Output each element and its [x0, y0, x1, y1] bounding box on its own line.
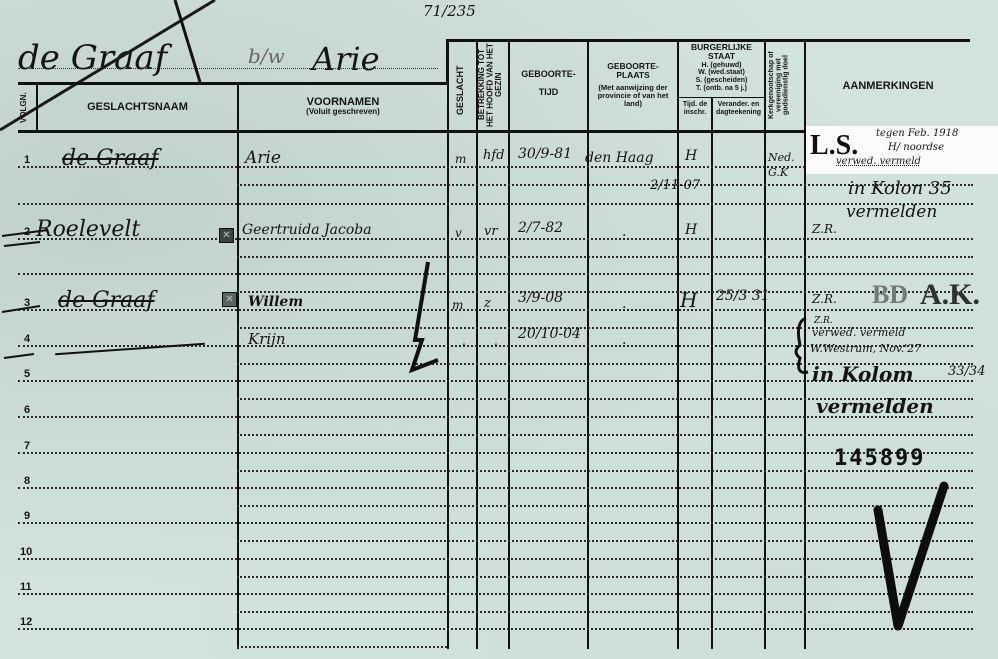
checkmark-v-icon: [860, 480, 950, 640]
remark-brace: [0, 0, 998, 659]
registration-card: 71/235 de Graaf b/w Arie VOLGN. GESLACHT…: [0, 0, 998, 659]
archive-number: 145899: [834, 446, 925, 471]
